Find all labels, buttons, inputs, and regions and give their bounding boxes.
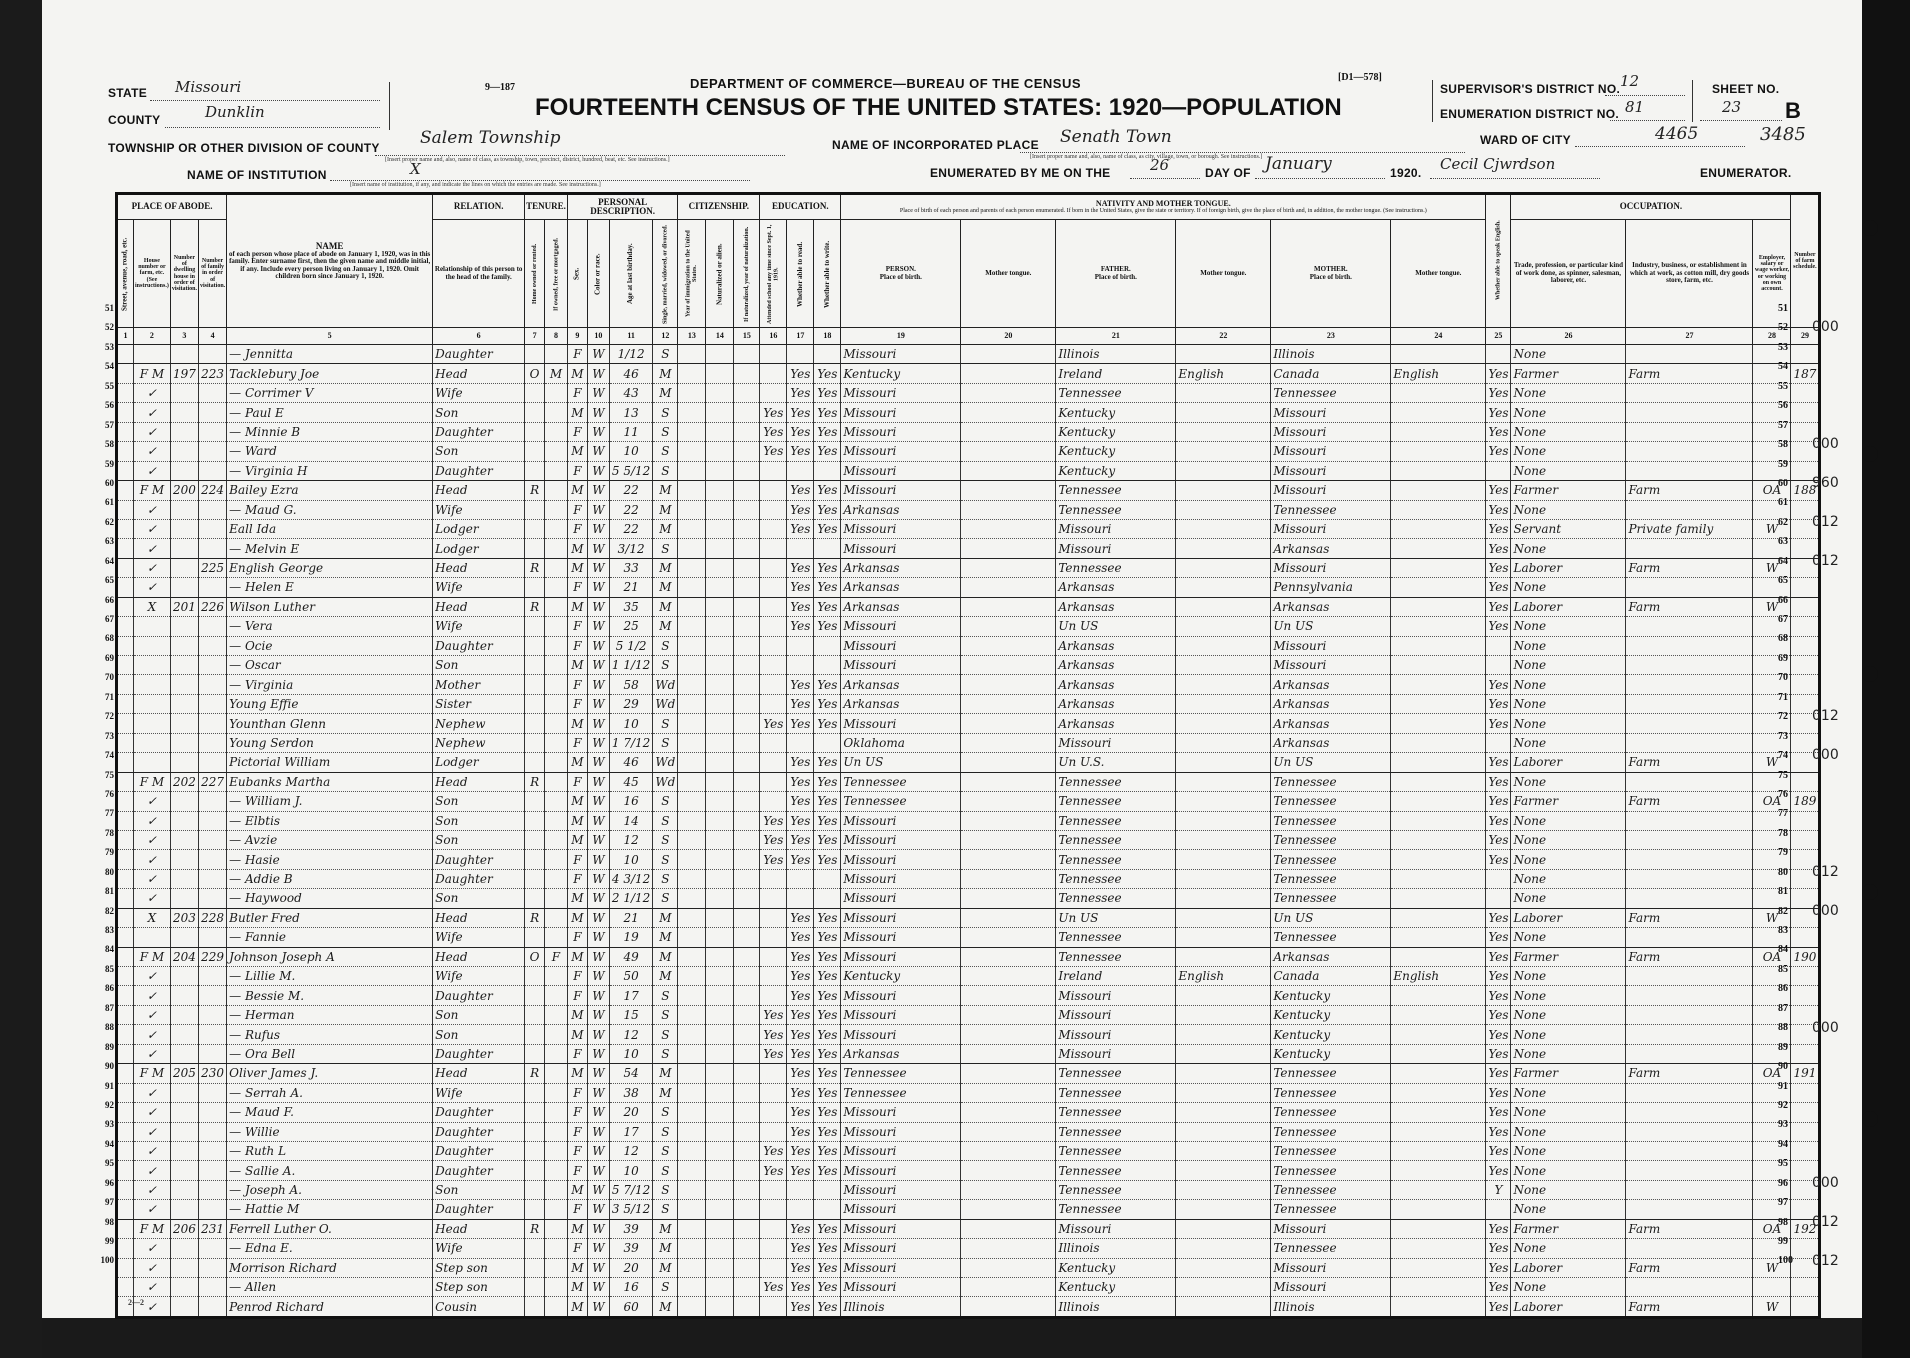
cell-sex: M bbox=[567, 1025, 587, 1044]
table-row: Young EffieSisterFW29WdYesYesArkansasArk… bbox=[117, 694, 1820, 713]
cell-school: Yes bbox=[760, 1278, 787, 1297]
cell-natur bbox=[706, 908, 734, 927]
cell-m-birth: Arkansas bbox=[1271, 675, 1391, 694]
cell-street bbox=[117, 364, 134, 383]
cell-marital: Wd bbox=[653, 753, 678, 772]
cell-mort bbox=[545, 1239, 568, 1258]
cell-m-birth: Missouri bbox=[1271, 1258, 1391, 1277]
cell-mort bbox=[545, 675, 568, 694]
cell-tongue bbox=[961, 617, 1056, 636]
cell-m-birth: Canada bbox=[1271, 364, 1391, 383]
cell-house bbox=[134, 656, 171, 675]
cell-immig bbox=[678, 1297, 706, 1317]
cell-read bbox=[787, 733, 814, 752]
cell-occupation: None bbox=[1511, 1200, 1626, 1219]
cell-m-birth: Arkansas bbox=[1271, 539, 1391, 558]
cell-relation: Step son bbox=[433, 1258, 525, 1277]
cell-marital: M bbox=[653, 597, 678, 616]
cell-tongue bbox=[961, 1239, 1056, 1258]
cell-house: ✓ bbox=[134, 1103, 171, 1122]
cell-natyear bbox=[734, 1064, 760, 1083]
table-row: ✓— AllenStep sonMW16SYesYesYesMissouriKe… bbox=[117, 1278, 1820, 1297]
enumerated-month: January bbox=[1265, 154, 1332, 174]
group-occupation: OCCUPATION. bbox=[1511, 194, 1791, 220]
line-number: 63 bbox=[92, 532, 114, 551]
cell-industry bbox=[1626, 714, 1753, 733]
cell-industry bbox=[1626, 1005, 1753, 1024]
cell-own bbox=[525, 1141, 545, 1160]
cell-dwelling: 204 bbox=[170, 947, 198, 966]
col-12-header: Single, married, widowed, or divorced. bbox=[653, 220, 678, 328]
cell-sex: F bbox=[567, 928, 587, 947]
cell-house: ✓ bbox=[134, 850, 171, 869]
cell-occupation: None bbox=[1511, 889, 1626, 908]
cell-family bbox=[198, 1005, 226, 1024]
line-number: 94 bbox=[92, 1135, 114, 1154]
cell-read: Yes bbox=[787, 753, 814, 772]
cell-industry bbox=[1626, 1161, 1753, 1180]
cell-house: ✓ bbox=[134, 461, 171, 480]
cell-f-birth: Tennessee bbox=[1056, 889, 1176, 908]
cell-marital: S bbox=[653, 850, 678, 869]
column-number: 24 bbox=[1391, 328, 1486, 345]
cell-m-tongue bbox=[1391, 1219, 1486, 1238]
cell-f-tongue bbox=[1176, 461, 1271, 480]
county-line bbox=[165, 127, 380, 128]
column-number: 13 bbox=[678, 328, 706, 345]
cell-f-tongue bbox=[1176, 850, 1271, 869]
cell-own: O bbox=[525, 947, 545, 966]
cell-street bbox=[117, 967, 134, 986]
cell-m-tongue bbox=[1391, 1161, 1486, 1180]
cell-sex: M bbox=[567, 1005, 587, 1024]
cell-m-birth: Tennessee bbox=[1271, 928, 1391, 947]
cell-relation: Wife bbox=[433, 617, 525, 636]
cell-f-birth: Illinois bbox=[1056, 1239, 1176, 1258]
cell-english bbox=[1486, 636, 1511, 655]
cell-race: W bbox=[587, 656, 609, 675]
cell-industry bbox=[1626, 1025, 1753, 1044]
cell-dwelling bbox=[170, 869, 198, 888]
cell-name: — Vera bbox=[227, 617, 433, 636]
cell-name: English George bbox=[227, 558, 433, 577]
cell-write bbox=[814, 345, 841, 364]
cell-race: W bbox=[587, 578, 609, 597]
cell-m-birth: Tennessee bbox=[1271, 772, 1391, 791]
table-row: ✓Penrod RichardCousinMW60MYesYesIllinois… bbox=[117, 1297, 1820, 1317]
column-number: 5 bbox=[227, 328, 433, 345]
cell-name: Young Serdon bbox=[227, 733, 433, 752]
margin-code: 000 bbox=[1812, 747, 1839, 763]
cell-name: — Melvin E bbox=[227, 539, 433, 558]
cell-english bbox=[1486, 733, 1511, 752]
cell-natur bbox=[706, 1103, 734, 1122]
cell-marital: M bbox=[653, 1297, 678, 1317]
cell-write: Yes bbox=[814, 1025, 841, 1044]
cell-write: Yes bbox=[814, 714, 841, 733]
cell-name: Johnson Joseph A bbox=[227, 947, 433, 966]
cell-age: 10 bbox=[609, 442, 652, 461]
cell-marital: S bbox=[653, 1044, 678, 1063]
cell-occupation: Laborer bbox=[1511, 1258, 1626, 1277]
cell-industry bbox=[1626, 889, 1753, 908]
cell-read: Yes bbox=[787, 481, 814, 500]
cell-occupation: Servant bbox=[1511, 519, 1626, 538]
cell-write: Yes bbox=[814, 1141, 841, 1160]
col-8-header: If owned, free or mortgaged. bbox=[545, 220, 568, 328]
line-number: 86 bbox=[92, 979, 114, 998]
cell-family: 230 bbox=[198, 1064, 226, 1083]
cell-race: W bbox=[587, 364, 609, 383]
state-line bbox=[150, 100, 380, 101]
cell-marital: Wd bbox=[653, 675, 678, 694]
cell-marital: M bbox=[653, 967, 678, 986]
cell-occupation: Farmer bbox=[1511, 792, 1626, 811]
cell-f-birth: Arkansas bbox=[1056, 597, 1176, 616]
line-number: 69 bbox=[92, 649, 114, 668]
cell-f-tongue bbox=[1176, 500, 1271, 519]
cell-m-tongue bbox=[1391, 1239, 1486, 1258]
cell-school bbox=[760, 345, 787, 364]
cell-age: 19 bbox=[609, 928, 652, 947]
cell-street bbox=[117, 1278, 134, 1297]
cell-natyear bbox=[734, 617, 760, 636]
line-number: 93 bbox=[1778, 1115, 1808, 1134]
cell-industry bbox=[1626, 403, 1753, 422]
month-line bbox=[1255, 178, 1385, 179]
form-number: 9—187 bbox=[485, 82, 515, 93]
line-number: 95 bbox=[92, 1154, 114, 1173]
cell-marital: S bbox=[653, 1141, 678, 1160]
line-number: 59 bbox=[92, 455, 114, 474]
cell-write: Yes bbox=[814, 578, 841, 597]
cell-occupation: None bbox=[1511, 442, 1626, 461]
cell-family bbox=[198, 519, 226, 538]
cell-sex: M bbox=[567, 539, 587, 558]
cell-age: 54 bbox=[609, 1064, 652, 1083]
cell-own bbox=[525, 1180, 545, 1199]
sheet-no-label: SHEET NO. bbox=[1712, 82, 1779, 96]
cell-m-birth: Arkansas bbox=[1271, 694, 1391, 713]
cell-write: Yes bbox=[814, 811, 841, 830]
cell-age: 33 bbox=[609, 558, 652, 577]
cell-industry: Farm bbox=[1626, 947, 1753, 966]
cell-natyear bbox=[734, 792, 760, 811]
cell-read bbox=[787, 656, 814, 675]
cell-tongue bbox=[961, 481, 1056, 500]
cell-tongue bbox=[961, 1200, 1056, 1219]
cell-dwelling bbox=[170, 403, 198, 422]
cell-f-birth: Kentucky bbox=[1056, 461, 1176, 480]
cell-tongue bbox=[961, 461, 1056, 480]
cell-age: 5 7/12 bbox=[609, 1180, 652, 1199]
cell-marital: M bbox=[653, 500, 678, 519]
cell-school: Yes bbox=[760, 1141, 787, 1160]
cell-house bbox=[134, 345, 171, 364]
cell-write: Yes bbox=[814, 1005, 841, 1024]
cell-natyear bbox=[734, 869, 760, 888]
table-row: Young SerdonNephewFW1 7/12SOklahomaMisso… bbox=[117, 733, 1820, 752]
cell-read: Yes bbox=[787, 830, 814, 849]
cell-natur bbox=[706, 345, 734, 364]
cell-immig bbox=[678, 1044, 706, 1063]
ward-label: WARD OF CITY bbox=[1480, 133, 1571, 147]
cell-occupation: None bbox=[1511, 1278, 1626, 1297]
cell-mort bbox=[545, 792, 568, 811]
cell-marital: S bbox=[653, 656, 678, 675]
cell-own bbox=[525, 578, 545, 597]
cell-street bbox=[117, 1219, 134, 1238]
enumeration-district-line bbox=[1610, 120, 1685, 121]
cell-tongue bbox=[961, 1103, 1056, 1122]
cell-mort bbox=[545, 830, 568, 849]
cell-mort bbox=[545, 656, 568, 675]
cell-write: Yes bbox=[814, 1044, 841, 1063]
cell-natyear bbox=[734, 1044, 760, 1063]
col-23-label: Place of birth. bbox=[1272, 274, 1389, 281]
cell-write: Yes bbox=[814, 1064, 841, 1083]
cell-immig bbox=[678, 656, 706, 675]
cell-f-birth: Tennessee bbox=[1056, 928, 1176, 947]
cell-marital: S bbox=[653, 811, 678, 830]
cell-street bbox=[117, 733, 134, 752]
cell-industry bbox=[1626, 694, 1753, 713]
cell-m-birth: Arkansas bbox=[1271, 714, 1391, 733]
column-number: 27 bbox=[1626, 328, 1753, 345]
cell-marital: S bbox=[653, 792, 678, 811]
cell-natur bbox=[706, 1064, 734, 1083]
cell-m-tongue bbox=[1391, 1083, 1486, 1102]
cell-industry: Private family bbox=[1626, 519, 1753, 538]
cell-m-tongue bbox=[1391, 1297, 1486, 1317]
cell-sex: M bbox=[567, 792, 587, 811]
line-number: 85 bbox=[1778, 960, 1808, 979]
cell-f-birth: Arkansas bbox=[1056, 694, 1176, 713]
cell-street bbox=[117, 636, 134, 655]
cell-race: W bbox=[587, 986, 609, 1005]
cell-natyear bbox=[734, 772, 760, 791]
cell-school bbox=[760, 617, 787, 636]
cell-house bbox=[134, 694, 171, 713]
cell-street bbox=[117, 422, 134, 441]
cell-natyear bbox=[734, 1180, 760, 1199]
cell-industry bbox=[1626, 1141, 1753, 1160]
cell-occupation: None bbox=[1511, 733, 1626, 752]
column-number: 7 bbox=[525, 328, 545, 345]
cell-occupation: None bbox=[1511, 345, 1626, 364]
cell-street bbox=[117, 772, 134, 791]
cell-natyear bbox=[734, 1219, 760, 1238]
cell-industry bbox=[1626, 869, 1753, 888]
cell-m-birth: Missouri bbox=[1271, 1219, 1391, 1238]
cell-street bbox=[117, 481, 134, 500]
cell-m-tongue bbox=[1391, 578, 1486, 597]
cell-natur bbox=[706, 383, 734, 402]
cell-f-tongue bbox=[1176, 1200, 1271, 1219]
cell-dwelling bbox=[170, 1180, 198, 1199]
cell-english: Yes bbox=[1486, 772, 1511, 791]
cell-street bbox=[117, 1005, 134, 1024]
cell-family: 229 bbox=[198, 947, 226, 966]
cell-family bbox=[198, 1239, 226, 1258]
cell-m-birth: Tennessee bbox=[1271, 500, 1391, 519]
cell-house: F M bbox=[134, 947, 171, 966]
cell-family bbox=[198, 1141, 226, 1160]
cell-m-tongue bbox=[1391, 1064, 1486, 1083]
cell-house: ✓ bbox=[134, 422, 171, 441]
cell-school bbox=[760, 539, 787, 558]
cell-m-tongue bbox=[1391, 792, 1486, 811]
table-row: ✓— WillieDaughterFW17SYesYesMissouriTenn… bbox=[117, 1122, 1820, 1141]
cell-own bbox=[525, 733, 545, 752]
cell-occupation: None bbox=[1511, 422, 1626, 441]
cell-mort bbox=[545, 1025, 568, 1044]
cell-industry bbox=[1626, 1278, 1753, 1297]
cell-relation: Daughter bbox=[433, 1161, 525, 1180]
cell-natyear bbox=[734, 1161, 760, 1180]
cell-own bbox=[525, 811, 545, 830]
cell-f-tongue bbox=[1176, 578, 1271, 597]
cell-relation: Wife bbox=[433, 383, 525, 402]
cell-sex: M bbox=[567, 597, 587, 616]
column-number: 22 bbox=[1176, 328, 1271, 345]
cell-house: ✓ bbox=[134, 889, 171, 908]
cell-school: Yes bbox=[760, 422, 787, 441]
cell-school bbox=[760, 753, 787, 772]
cell-own bbox=[525, 1200, 545, 1219]
cell-school: Yes bbox=[760, 830, 787, 849]
cell-birth: Arkansas bbox=[841, 500, 961, 519]
cell-industry bbox=[1626, 539, 1753, 558]
cell-dwelling bbox=[170, 1278, 198, 1297]
line-number: 90 bbox=[92, 1057, 114, 1076]
cell-occupation: None bbox=[1511, 1103, 1626, 1122]
cell-house: ✓ bbox=[134, 1239, 171, 1258]
cell-family bbox=[198, 345, 226, 364]
cell-relation: Step son bbox=[433, 1278, 525, 1297]
cell-age: 4 3/12 bbox=[609, 869, 652, 888]
cell-relation: Daughter bbox=[433, 1200, 525, 1219]
cell-birth: Missouri bbox=[841, 656, 961, 675]
cell-name: — Maud G. bbox=[227, 500, 433, 519]
cell-age: 21 bbox=[609, 578, 652, 597]
line-number: 70 bbox=[92, 668, 114, 687]
cell-name: — Avzie bbox=[227, 830, 433, 849]
cell-f-birth: Tennessee bbox=[1056, 1122, 1176, 1141]
cell-tongue bbox=[961, 519, 1056, 538]
cell-m-tongue bbox=[1391, 636, 1486, 655]
cell-f-tongue bbox=[1176, 656, 1271, 675]
cell-race: W bbox=[587, 1005, 609, 1024]
cell-name: — Herman bbox=[227, 1005, 433, 1024]
cell-m-tongue bbox=[1391, 1278, 1486, 1297]
cell-f-tongue bbox=[1176, 1025, 1271, 1044]
cell-read bbox=[787, 1200, 814, 1219]
line-number: 53 bbox=[92, 338, 114, 357]
cell-natyear bbox=[734, 967, 760, 986]
cell-school: Yes bbox=[760, 403, 787, 422]
cell-write: Yes bbox=[814, 1258, 841, 1277]
cell-family bbox=[198, 617, 226, 636]
cell-write: Yes bbox=[814, 364, 841, 383]
cell-natyear bbox=[734, 1025, 760, 1044]
cell-house: ✓ bbox=[134, 539, 171, 558]
cell-english: Yes bbox=[1486, 597, 1511, 616]
table-row: — VirginiaMotherFW58WdYesYesArkansasArka… bbox=[117, 675, 1820, 694]
ward-line bbox=[1575, 146, 1745, 147]
cell-write: Yes bbox=[814, 519, 841, 538]
cell-birth: Missouri bbox=[841, 714, 961, 733]
incorporated-place-value: Senath Town bbox=[1060, 127, 1172, 147]
cell-f-birth: Tennessee bbox=[1056, 947, 1176, 966]
cell-street bbox=[117, 442, 134, 461]
cell-race: W bbox=[587, 753, 609, 772]
cell-dwelling bbox=[170, 889, 198, 908]
line-number: 88 bbox=[1778, 1018, 1808, 1037]
cell-street bbox=[117, 714, 134, 733]
cell-relation: Nephew bbox=[433, 733, 525, 752]
cell-f-tongue bbox=[1176, 597, 1271, 616]
cell-street bbox=[117, 1025, 134, 1044]
cell-race: W bbox=[587, 1083, 609, 1102]
cell-marital: S bbox=[653, 986, 678, 1005]
cell-industry: Farm bbox=[1626, 1258, 1753, 1277]
cell-occupation: None bbox=[1511, 539, 1626, 558]
cell-marital: S bbox=[653, 1180, 678, 1199]
cell-dwelling bbox=[170, 967, 198, 986]
col-15-header: If naturalized, year of naturalization. bbox=[734, 220, 760, 328]
cell-sex: M bbox=[567, 403, 587, 422]
cell-age: 15 bbox=[609, 1005, 652, 1024]
cell-m-tongue bbox=[1391, 403, 1486, 422]
cell-house: ✓ bbox=[134, 1044, 171, 1063]
cell-dwelling bbox=[170, 1044, 198, 1063]
cell-sex: M bbox=[567, 714, 587, 733]
group-place-of-abode: PLACE OF ABODE. bbox=[117, 194, 227, 220]
cell-m-tongue bbox=[1391, 656, 1486, 675]
cell-m-birth: Un US bbox=[1271, 908, 1391, 927]
column-number: 8 bbox=[545, 328, 568, 345]
cell-write: Yes bbox=[814, 830, 841, 849]
cell-f-birth: Missouri bbox=[1056, 1044, 1176, 1063]
cell-immig bbox=[678, 636, 706, 655]
cell-birth: Missouri bbox=[841, 889, 961, 908]
cell-street bbox=[117, 889, 134, 908]
institution-line bbox=[330, 180, 750, 181]
table-row: ✓— Edna E.WifeFW39MYesYesMissouriIllinoi… bbox=[117, 1239, 1820, 1258]
cell-mort bbox=[545, 1219, 568, 1238]
cell-sex: M bbox=[567, 1064, 587, 1083]
cell-house: ✓ bbox=[134, 1141, 171, 1160]
group-personal: PERSONAL DESCRIPTION. bbox=[567, 194, 677, 220]
cell-name: Younthan Glenn bbox=[227, 714, 433, 733]
township-note: [Insert proper name and, also, name of c… bbox=[385, 157, 670, 163]
cell-school bbox=[760, 1239, 787, 1258]
cell-name: Wilson Luther bbox=[227, 597, 433, 616]
cell-street bbox=[117, 986, 134, 1005]
cell-birth: Missouri bbox=[841, 1122, 961, 1141]
cell-own: R bbox=[525, 597, 545, 616]
cell-name: Eubanks Martha bbox=[227, 772, 433, 791]
cell-relation: Son bbox=[433, 830, 525, 849]
cell-relation: Sister bbox=[433, 694, 525, 713]
bracket bbox=[383, 82, 390, 130]
cell-english: Yes bbox=[1486, 383, 1511, 402]
line-number: 66 bbox=[1778, 591, 1808, 610]
cell-house: ✓ bbox=[134, 403, 171, 422]
cell-immig bbox=[678, 383, 706, 402]
cell-write: Yes bbox=[814, 850, 841, 869]
